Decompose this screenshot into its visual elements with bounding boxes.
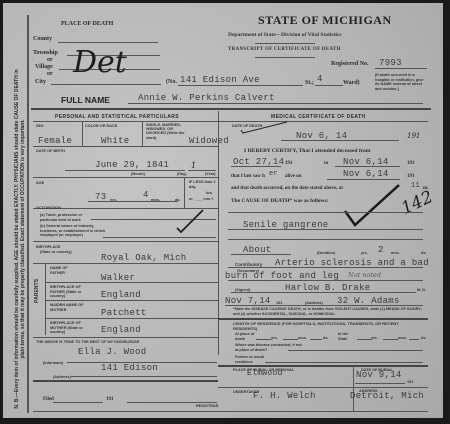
street-line	[178, 85, 303, 86]
city-line	[51, 84, 161, 85]
street-address: 141 Edison Ave	[180, 75, 260, 85]
registered-number: 7993	[379, 58, 402, 68]
full-name-line	[128, 103, 423, 104]
birthplace-label: BIRTHPLACE	[36, 245, 60, 249]
side-instructions: N. B.—Every item of information should b…	[10, 63, 24, 413]
marital-label: SINGLE, MARRIED, WIDOWED, OR DIVORCED (W…	[146, 123, 188, 140]
year-label: 191	[285, 161, 293, 166]
ds-caption: ds.	[323, 336, 329, 340]
occupation-a-label: (a) Trade, profession or particular kind…	[40, 213, 95, 222]
parents-label: PARENTS	[34, 279, 40, 303]
last-saw-line	[327, 179, 400, 180]
attended-from-line	[231, 166, 281, 167]
divider	[45, 318, 218, 319]
blank	[383, 339, 398, 340]
year-label: 191	[407, 161, 415, 166]
knowledge-statement: THE ABOVE IS TRUE TO THE BEST OF MY KNOW…	[36, 340, 139, 344]
county-label: County	[33, 36, 52, 42]
yrs-caption: yrs.	[371, 336, 378, 340]
certify-text: I HEREBY CERTIFY, That I attended deceas…	[244, 148, 370, 154]
ward-number: 4	[317, 74, 323, 84]
or-label: or	[47, 71, 53, 77]
occurred-text: and that death occurred, on the date sta…	[231, 186, 343, 191]
informant-value: Ella J. Wood	[78, 347, 146, 357]
divider	[33, 177, 218, 178]
mother-value: Patchett	[101, 308, 147, 318]
year-prefix: 191	[407, 132, 420, 140]
death-certificate: N. B.—Every item of information should b…	[3, 3, 443, 418]
divider	[255, 57, 315, 58]
former-line	[265, 362, 423, 363]
number-label: (No.	[166, 79, 177, 85]
county-line	[58, 42, 158, 43]
yrs-caption: yrs.	[361, 251, 368, 255]
marital-value: Widowed	[189, 136, 229, 146]
her-value: er	[269, 170, 278, 178]
age-line	[88, 201, 178, 202]
residence-label: LENGTH OF RESIDENCE (FOR HOSPITALS, INST…	[233, 321, 423, 331]
race-label: COLOR OR RACE	[85, 124, 117, 128]
mos-caption: mos.	[398, 336, 407, 340]
year-label: 191	[407, 174, 415, 179]
form-top-rule	[31, 108, 431, 110]
blank-line	[228, 239, 423, 240]
address-line	[225, 305, 423, 306]
md-caption: M. D.	[417, 288, 426, 292]
divider	[218, 365, 428, 367]
parents-divider	[45, 263, 46, 335]
cause-label: The CAUSE OF DEATH* was as follows:	[231, 198, 328, 204]
informant-caption: (Informant)	[43, 361, 63, 365]
cause-line	[228, 229, 423, 230]
divider	[33, 337, 218, 338]
contracted-line	[288, 350, 423, 351]
last-saw-value: Nov 6,14	[343, 169, 389, 179]
transcript-title: TRANSCRIPT OF CERTIFICATE OF DEATH	[228, 47, 341, 52]
divider	[218, 387, 428, 388]
divider	[33, 121, 218, 122]
full-name-label: FULL NAME	[61, 95, 110, 105]
dob-label: DATE OF BIRTH	[36, 149, 65, 153]
dob-line	[65, 170, 185, 171]
side-note-text: N. B.—Every item of information should b…	[14, 69, 26, 409]
burial-date-value: Nov 9,14	[356, 370, 402, 380]
year-caption: 191	[407, 380, 413, 384]
divider	[218, 318, 428, 320]
undertaker-value: F. H. Welch	[253, 391, 316, 401]
street-label: St.;	[305, 80, 314, 86]
divider	[255, 43, 315, 44]
duration-months: 2	[378, 245, 384, 255]
yrs-caption: yrs.	[271, 336, 278, 340]
divider	[45, 282, 218, 283]
underline	[375, 68, 427, 69]
hospital-note: [If death occurred in a hospital or inst…	[375, 73, 427, 91]
city-handwritten: Det	[73, 45, 127, 80]
check-mark-icon	[333, 183, 403, 228]
father-birthplace-label: BIRTHPLACE OF FATHER (State or country)	[50, 285, 92, 299]
in-state-label: In the State	[338, 332, 356, 341]
divider	[33, 263, 218, 264]
full-name-value: Annie W. Perkins Calvert	[138, 93, 275, 103]
address-line	[71, 376, 217, 377]
divider	[353, 365, 354, 411]
mother-birthplace-label: BIRTHPLACE OF MOTHER (State or country)	[50, 321, 92, 335]
age-months: 4	[143, 190, 149, 200]
pen-stroke-icon	[239, 120, 289, 134]
ward-label: Ward)	[343, 80, 360, 86]
state-title: STATE OF MICHIGAN	[258, 13, 392, 28]
hrs-caption: hrs.	[206, 191, 213, 195]
to-label: to	[324, 161, 328, 166]
age-label: AGE	[36, 181, 44, 185]
year-caption: (Year)	[205, 172, 216, 176]
filed-year: 191	[106, 397, 114, 402]
ward-line	[315, 85, 343, 86]
occupation-b-label: (b) General nature of industry, business…	[40, 224, 110, 238]
filed-line	[53, 402, 103, 403]
divider	[33, 380, 218, 382]
registered-label: Registered No.	[331, 61, 369, 67]
divider	[82, 121, 83, 146]
at-place-label: At place of death	[235, 332, 255, 341]
contributory-duration: Not noted	[348, 271, 381, 279]
occupation-label: OCCUPATION	[36, 206, 61, 210]
occupation-b-line	[103, 237, 216, 238]
min-caption: or ____ min.?	[189, 197, 213, 201]
blank	[409, 339, 419, 340]
personal-section-title: PERSONAL AND STATISTICAL PARTICULARS	[55, 114, 179, 120]
blank	[256, 339, 271, 340]
mos-caption: mos.	[298, 336, 307, 340]
margin-annotation: 142	[398, 187, 436, 219]
village-label: Village	[35, 64, 53, 70]
attended-to-line	[335, 166, 400, 167]
divider	[142, 121, 143, 146]
sex-value: Female	[38, 136, 72, 146]
signed-line	[231, 292, 416, 293]
blank	[283, 339, 298, 340]
city-label: City	[35, 79, 46, 85]
contributory-line-2	[228, 280, 423, 281]
date-line	[281, 140, 399, 141]
or-label: or	[47, 57, 53, 63]
divider	[184, 177, 185, 209]
registrar-line	[127, 402, 217, 403]
blank-line	[228, 212, 423, 213]
burial-date-line	[355, 383, 405, 384]
day-caption: (Day)	[177, 172, 187, 176]
form-bottom-rule	[33, 411, 428, 412]
informant-address: 141 Edison	[101, 363, 158, 373]
birthplace-sub-label: (State or country)	[40, 250, 72, 254]
burial-place-value: Elmwood	[247, 369, 283, 378]
time-value: 11	[411, 182, 420, 190]
ds-caption: ds.	[421, 251, 427, 255]
duration-caption: (Duration)	[317, 251, 335, 255]
divider	[33, 241, 218, 242]
ds-caption: ds.	[421, 336, 427, 340]
dob-value: June 29, 1841	[95, 160, 169, 170]
blank	[357, 339, 371, 340]
sex-label: SEX	[36, 124, 44, 128]
check-mark-icon	[175, 208, 205, 233]
last-saw-label: that I last saw h	[231, 174, 265, 179]
birthplace-value: Royal Oak, Mich	[101, 253, 187, 263]
address-caption: (Address)	[53, 375, 71, 379]
mos-caption: mos.	[391, 251, 400, 255]
race-value: White	[101, 136, 130, 146]
blank	[310, 339, 322, 340]
cause-footnote: *State the DISEASE CAUSING DEATH, or in …	[233, 307, 428, 317]
registrar-label: REGISTRAR	[196, 404, 218, 408]
father-label: NAME OF FATHER	[50, 266, 80, 275]
father-birthplace-value: England	[101, 290, 141, 300]
divider	[45, 300, 218, 301]
township-label: Township	[33, 50, 58, 56]
dob-year-suffix: 1	[191, 161, 196, 170]
duration-line	[231, 254, 291, 255]
year-line	[188, 170, 216, 171]
contributory-line	[228, 267, 423, 268]
alive-label: alive on	[285, 174, 302, 179]
mother-birthplace-value: England	[101, 325, 141, 335]
undertaker-address-value: Detroit, Mich	[350, 391, 424, 401]
department-line: Department of State—Division of Vital St…	[228, 32, 342, 38]
divider	[33, 146, 218, 147]
place-of-death-label: PLACE OF DEATH	[61, 21, 113, 27]
left-margin-rule	[27, 15, 29, 413]
less-than-label: IF LESS than 1 day,	[189, 180, 219, 190]
month-caption: (Month)	[131, 172, 145, 176]
mother-label: MAIDEN NAME OF MOTHER	[50, 303, 85, 312]
